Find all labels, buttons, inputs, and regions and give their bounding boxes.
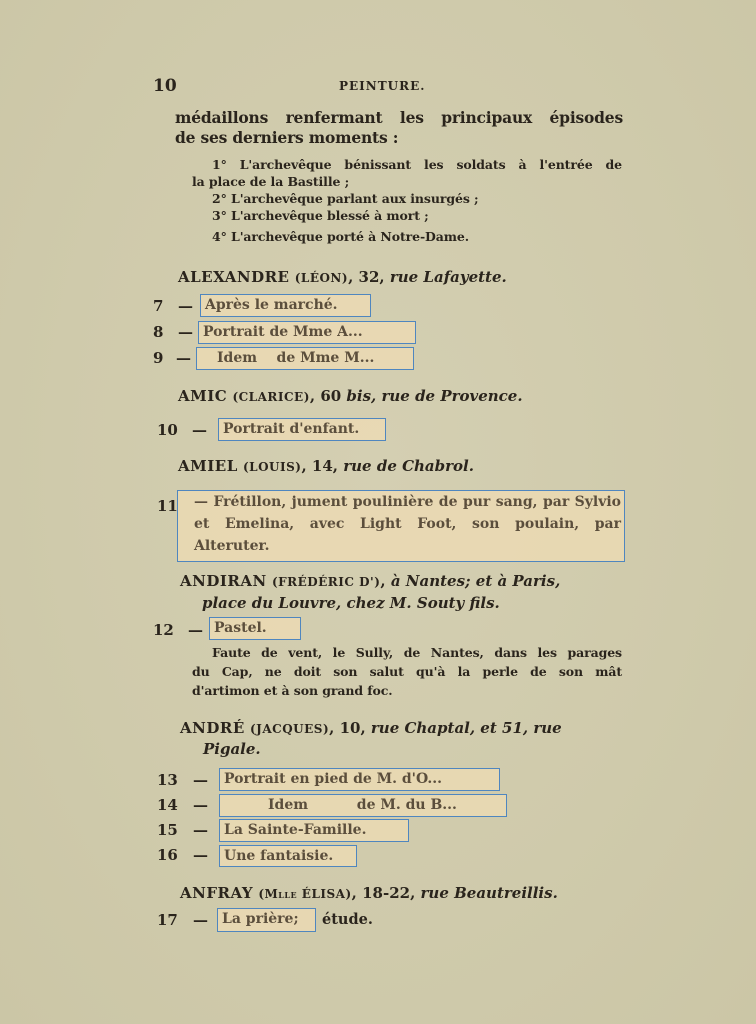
work-title-highlight[interactable]: Pastel. [209, 617, 301, 640]
work-title-suffix: étude. [322, 911, 373, 928]
episode-1: 1° L'archevêque bénissant les soldats à … [212, 157, 622, 172]
work-dash: — [178, 323, 193, 341]
artist-address-number: , 14, [301, 457, 343, 475]
work-dash: — [176, 349, 191, 367]
work-dash: — [193, 771, 208, 789]
work-title-highlight[interactable]: Après le marché. [200, 294, 371, 317]
work-title-highlight[interactable]: La Sainte-Famille. [219, 819, 409, 842]
work-dash: — [193, 796, 208, 814]
work-description-line: du Cap, ne doit son salut qu'à la perle … [192, 664, 622, 679]
work-dash: — [193, 911, 208, 929]
artist-name: ALEXANDRE [178, 268, 289, 286]
work-title-highlight[interactable]: Une fantaisie. [219, 845, 357, 867]
artist-first-name: (CLARICE) [232, 390, 309, 404]
artist-address-number: , 32, [348, 268, 390, 286]
artist-address-street: rue Beautreillis. [421, 884, 558, 902]
artist-name: ANFRAY [180, 884, 253, 902]
work-description-line: d'artimon et à son grand foc. [192, 683, 393, 698]
artist-address-number: , 18-22, [352, 884, 421, 902]
work-title-highlight[interactable]: La prière; [217, 908, 316, 932]
work-number: 14 [157, 796, 178, 814]
work-number: 13 [157, 771, 178, 789]
work-description-line: Faute de vent, le Sully, de Nantes, dans… [212, 645, 622, 660]
work-number: 11 [157, 497, 178, 515]
work-dash: — [192, 421, 207, 439]
artist-address-street: bis, rue de Provence. [346, 387, 522, 405]
artist-address-number: , 10, [329, 719, 371, 737]
work-title-highlight[interactable]: — Frétillon, jument poulinière de pur sa… [177, 490, 625, 562]
work-dash: — [193, 846, 208, 864]
intro-line-2: de ses derniers moments : [175, 128, 398, 147]
artist-heading: ALEXANDRE (LÉON), 32, rue Lafayette. [178, 268, 507, 286]
artist-heading: ANDIRAN (FRÉDÉRIC D'), à Nantes; et à Pa… [180, 572, 560, 590]
artist-address-street: rue Chaptal, et 51, rue [371, 719, 562, 737]
artist-heading: AMIEL (LOUIS), 14, rue de Chabrol. [178, 457, 474, 475]
artist-name: ANDRÉ [180, 719, 245, 737]
artist-address-number: , [380, 572, 390, 590]
artist-first-name: (Mlle ÉLISA) [258, 887, 351, 901]
artist-first-name: (FRÉDÉRIC D') [272, 575, 380, 589]
work-number: 9 [153, 349, 163, 367]
artist-name: AMIEL [178, 457, 238, 475]
artist-address-street: rue de Chabrol. [343, 457, 474, 475]
artist-first-name: (LOUIS) [243, 460, 302, 474]
work-dash: — [178, 297, 193, 315]
artist-address-street: rue Lafayette. [390, 268, 507, 286]
artist-first-name: (JACQUES) [250, 722, 329, 736]
work-title-highlight[interactable]: Portrait d'enfant. [218, 418, 386, 441]
artist-address-number: , 60 [310, 387, 347, 405]
artist-first-name: (LÉON) [295, 271, 348, 285]
episode-3: 3° L'archevêque blessé à mort ; [212, 208, 429, 223]
work-number: 10 [157, 421, 178, 439]
artist-address-line2: Pigale. [203, 740, 261, 758]
intro-line-1: médaillons renfermant les principaux épi… [175, 108, 623, 127]
work-title-highlight[interactable]: Portrait en pied de M. d'O... [219, 768, 500, 791]
artist-heading: ANDRÉ (JACQUES), 10, rue Chaptal, et 51,… [180, 719, 562, 737]
work-number: 12 [153, 621, 174, 639]
work-title-highlight[interactable]: Idem de Mme M... [196, 347, 414, 370]
running-title: PEINTURE. [339, 79, 425, 93]
artist-name: ANDIRAN [180, 572, 267, 590]
work-dash: — [193, 821, 208, 839]
artist-address-street: à Nantes; et à Paris, [391, 572, 560, 590]
episode-1-cont: la place de la Bastille ; [192, 174, 349, 189]
episode-4: 4° L'archevêque porté à Notre-Dame. [212, 229, 469, 244]
artist-address-line2: place du Louvre, chez M. Souty fils. [202, 594, 500, 612]
work-title-highlight[interactable]: Portrait de Mme A... [198, 321, 416, 344]
work-number: 15 [157, 821, 178, 839]
work-title-highlight[interactable]: Idem de M. du B... [219, 794, 507, 817]
episode-2: 2° L'archevêque parlant aux insurgés ; [212, 191, 479, 206]
work-dash: — [188, 621, 203, 639]
work-number: 16 [157, 846, 178, 864]
page-number: 10 [153, 76, 177, 96]
artist-heading: AMIC (CLARICE), 60 bis, rue de Provence. [178, 387, 523, 405]
artist-name: AMIC [178, 387, 227, 405]
artist-heading: ANFRAY (Mlle ÉLISA), 18-22, rue Beautrei… [180, 884, 558, 902]
work-number: 7 [153, 297, 163, 315]
work-number: 8 [153, 323, 163, 341]
scanned-page: 10 PEINTURE. médaillons renfermant les p… [0, 0, 756, 1024]
work-number: 17 [157, 911, 178, 929]
